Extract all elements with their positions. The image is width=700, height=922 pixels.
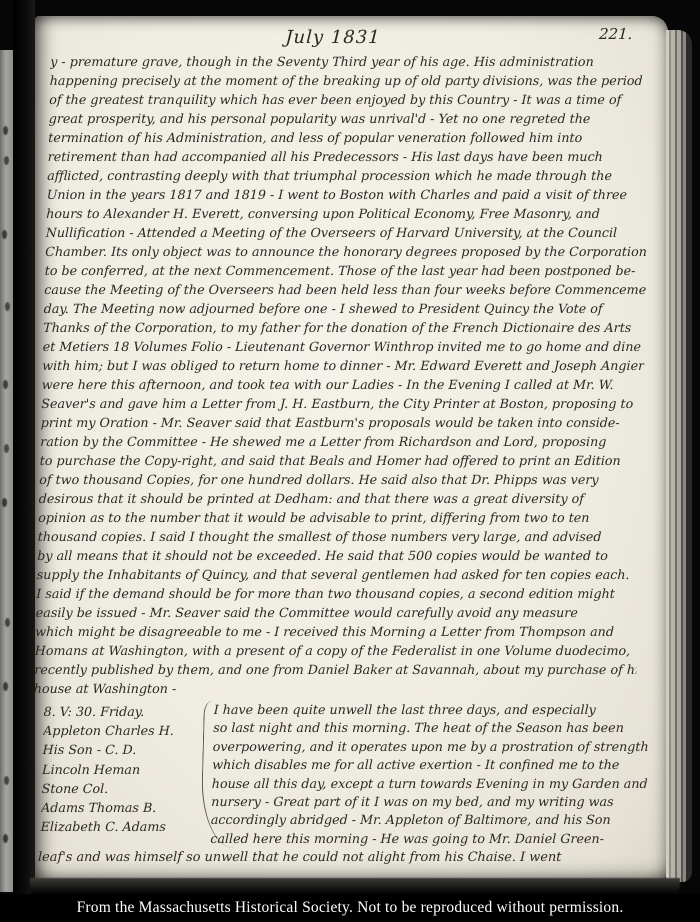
manuscript-line: Homans at Washington, with a present of … xyxy=(35,641,637,660)
manuscript-line: Union in the years 1817 and 1819 - I wen… xyxy=(46,185,648,204)
margin-name-line: Adams Thomas B. xyxy=(41,798,202,817)
entry-body-line: accordingly abridged - Mr. Appleton of B… xyxy=(211,811,649,829)
manuscript-line: house at Washington - xyxy=(34,679,636,698)
entry-body-line: nursery - Great part of it I was on my b… xyxy=(211,793,649,811)
manuscript-line: Seaver's and gave him a Letter from J. H… xyxy=(41,394,643,413)
margin-name-line: Lincoln Heman xyxy=(42,760,203,779)
manuscript-line: great prosperity, and his personal popul… xyxy=(48,109,650,128)
margin-name-line: His Son - C. D. xyxy=(42,740,203,759)
entry-body-line: house all this day, except a turn toward… xyxy=(212,775,650,793)
manuscript-line: which might be disagreeable to me - I re… xyxy=(35,622,637,641)
manuscript-line: hours to Alexander H. Everett, conversin… xyxy=(46,204,648,223)
manuscript-line: ration by the Committee - He shewed me a… xyxy=(40,432,642,451)
manuscript-line: cause the Meeting of the Overseers had b… xyxy=(44,280,646,299)
book-bottom-edge xyxy=(30,878,680,895)
scanned-photo: { "colors":{ "paper":"#efece3", "ink":"#… xyxy=(0,0,700,922)
entry-body-line: overpowering, and it operates upon me by… xyxy=(212,738,650,756)
manuscript-line: of two thousand Copies, for one hundred … xyxy=(39,470,641,489)
entry-body-line: so last night and this morning. The heat… xyxy=(213,719,651,737)
manuscript-line: I said if the demand should be for more … xyxy=(36,584,638,603)
ink-bleed-marks xyxy=(3,126,8,135)
entry-body-text: I have been quite unwell the last three … xyxy=(200,701,652,848)
manuscript-line: easily be issued - Mr. Seaver said the C… xyxy=(36,603,638,622)
manuscript-line: supply the Inhabitants of Quincy, and th… xyxy=(37,565,639,584)
manuscript-line: with him; but I was obliged to return ho… xyxy=(42,356,644,375)
manuscript-line: were here this afternoon, and took tea w… xyxy=(42,375,644,394)
manuscript-line: by all means that it should not be excee… xyxy=(37,546,639,565)
opposite-page-edge xyxy=(0,50,13,892)
manuscript-line: afflicted, contrasting deeply with that … xyxy=(47,166,649,185)
page-header: July 1831 221. xyxy=(35,16,668,52)
manuscript-line: Nullification - Attended a Meeting of th… xyxy=(45,223,647,242)
manuscript-line: day. The Meeting now adjourned before on… xyxy=(43,299,645,318)
entry-body-line: called here this morning - He was going … xyxy=(210,830,648,848)
manuscript-line: to be conferred, at the next Commencemen… xyxy=(44,261,646,280)
credit-text: From the Massachusetts Historical Societ… xyxy=(77,899,624,917)
page-number: 221. xyxy=(598,25,632,43)
manuscript-line: et Metiers 18 Volumes Folio - Lieutenant… xyxy=(42,337,644,356)
entry-body-line: I have been quite unwell the last three … xyxy=(213,701,651,719)
manuscript-line: retirement than had accompanied all his … xyxy=(47,147,649,166)
manuscript-line: termination of his Administration, and l… xyxy=(48,128,650,147)
manuscript-line: y - premature grave, though in the Seven… xyxy=(50,52,652,71)
manuscript-line: to purchase the Copy-right, and said tha… xyxy=(40,451,642,470)
manuscript-line: print my Oration - Mr. Seaver said that … xyxy=(41,413,643,432)
manuscript-line: thousand copies. I said I thought the sm… xyxy=(38,527,640,546)
page-header-date: July 1831 xyxy=(284,27,380,48)
credit-bar: From the Massachusetts Historical Societ… xyxy=(0,894,700,922)
margin-name-line: Elizabeth C. Adams xyxy=(40,817,201,836)
manuscript-page: July 1831 221. y - premature grave, thou… xyxy=(35,16,668,882)
manuscript-line: happening precisely at the moment of the… xyxy=(49,71,651,90)
margin-name-line: Appleton Charles H. xyxy=(43,721,204,740)
margin-name-line: Stone Col. xyxy=(41,779,202,798)
manuscript-line: of the greatest tranquility which has ev… xyxy=(49,90,651,109)
entry-body-line: which disables me for all active exertio… xyxy=(212,756,650,774)
diary-entry: 8. V: 30. Friday.Appleton Charles H.His … xyxy=(33,701,670,848)
closing-line: leaf's and was himself so unwell that he… xyxy=(35,848,668,865)
manuscript-line: Thanks of the Corporation, to my father … xyxy=(43,318,645,337)
manuscript-line: Chamber. Its only object was to announce… xyxy=(45,242,647,261)
margin-name-line: 8. V: 30. Friday. xyxy=(43,702,204,721)
book-page-edges xyxy=(666,30,692,882)
manuscript-line: recently published by them, and one from… xyxy=(34,660,636,679)
entry-margin-names: 8. V: 30. Friday.Appleton Charles H.His … xyxy=(40,701,204,848)
manuscript-line: opinion as to the number that it would b… xyxy=(38,508,640,527)
manuscript-line: desirous that it should be printed at De… xyxy=(39,489,641,508)
main-text-block: y - premature grave, though in the Seven… xyxy=(27,52,677,698)
book-gutter xyxy=(13,0,35,894)
